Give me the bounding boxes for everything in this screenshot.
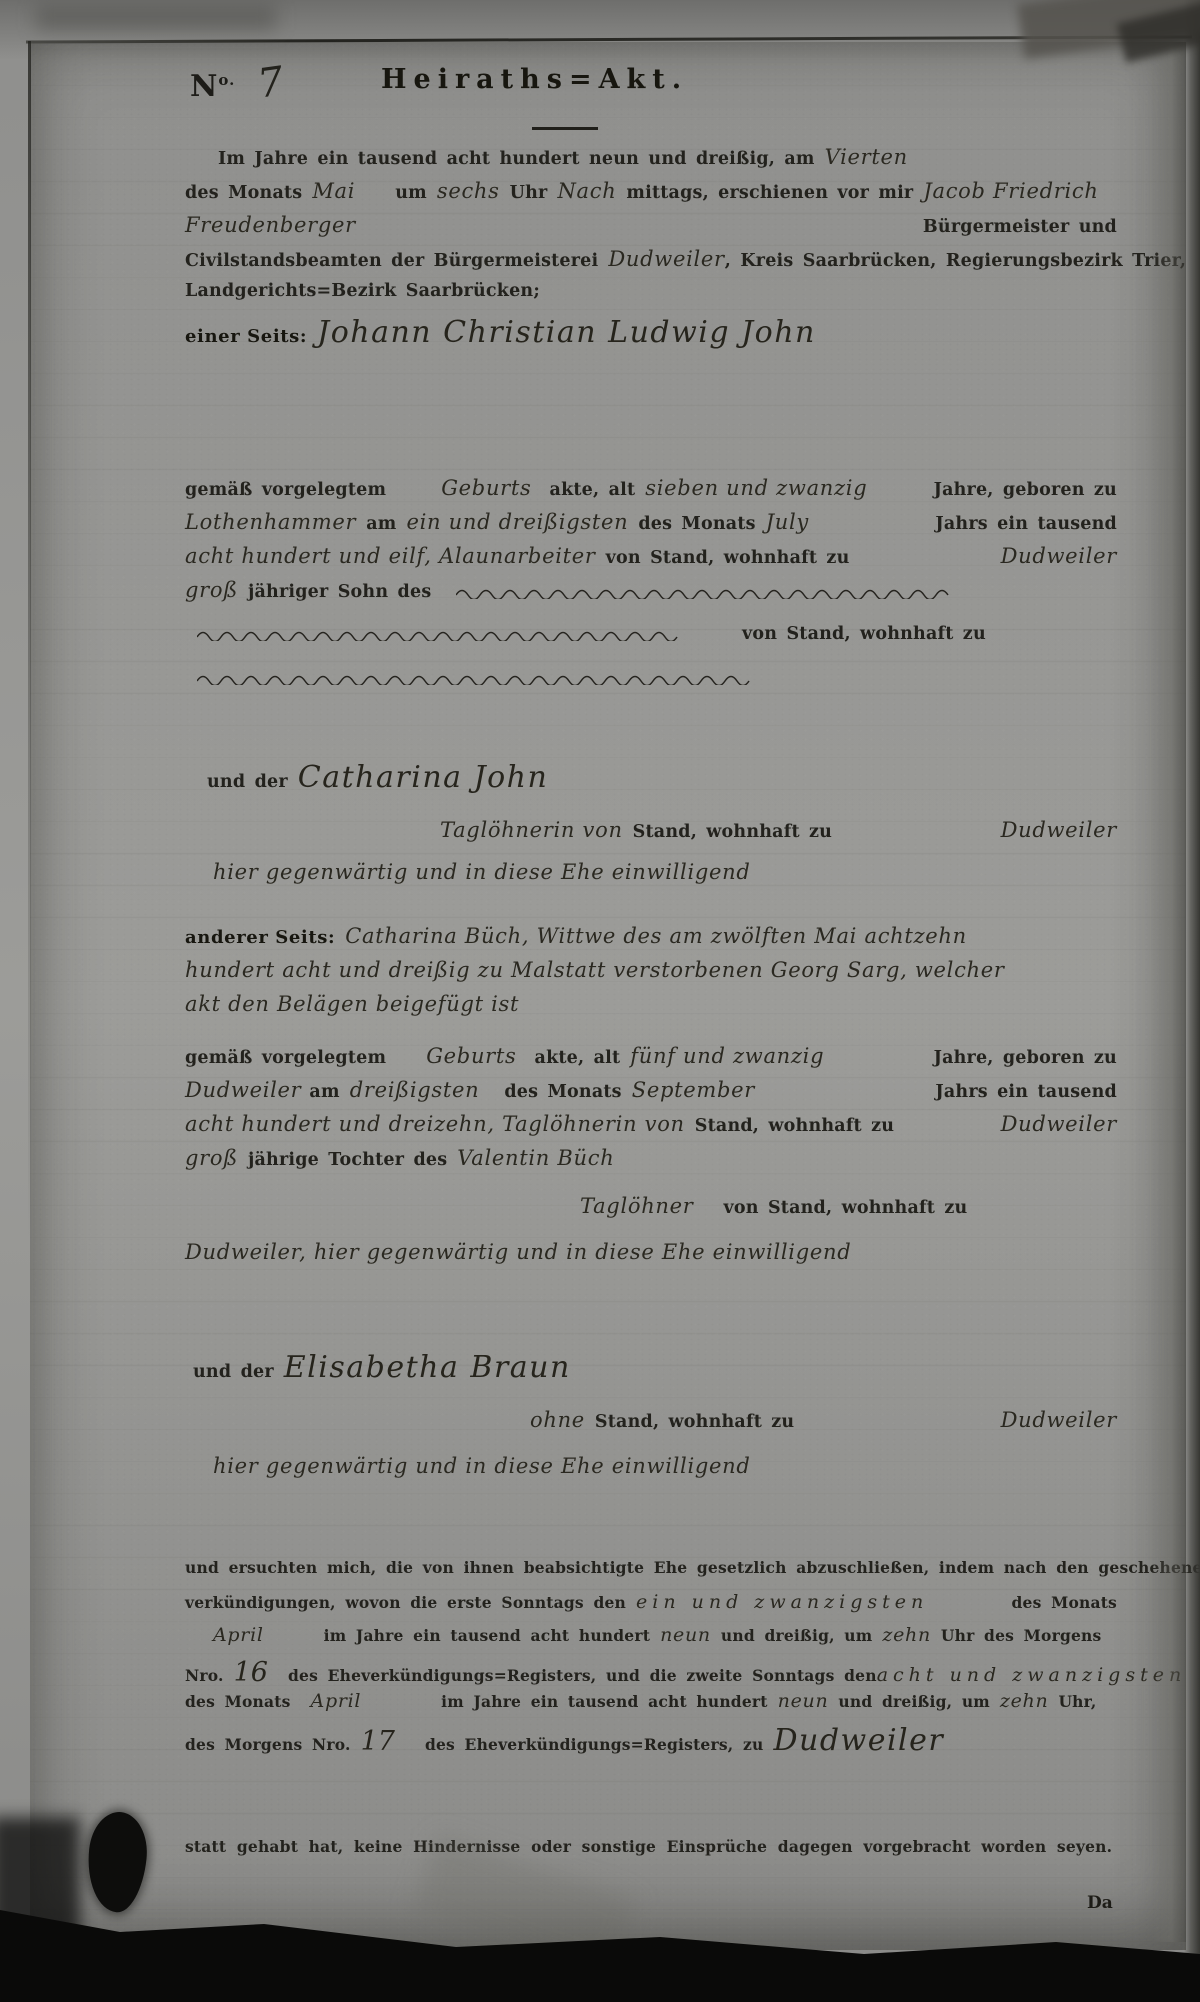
form-line: hier gegenwärtig und in diese Ehe einwil… <box>185 1454 1117 1488</box>
printed-text: Uhr <box>510 183 548 203</box>
printed-text: des Monats <box>185 183 302 203</box>
groom-details-section: gemäß vorgelegtemGeburtsakte, altsieben … <box>185 476 1117 702</box>
line-right: Jahrs ein tausend <box>935 514 1117 534</box>
other-party-section: anderer Seits:Catharina Büch, Wittwe des… <box>185 924 1117 1026</box>
form-line: Civilstandsbeamten der BürgermeistereiDu… <box>185 247 1117 281</box>
handwritten-text: hundert acht und dreißig zu Malstatt ver… <box>185 958 1005 982</box>
handwritten-text: acht hundert und dreizehn, Taglöhnerin v… <box>185 1112 685 1136</box>
crossed-out-squiggle <box>197 673 752 685</box>
printed-text: einer Seits: <box>185 326 307 347</box>
line-left <box>185 668 752 687</box>
printed-text: Im Jahre ein tausend acht hundert neun u… <box>218 149 815 169</box>
handwritten-text: Dudweiler <box>1001 1408 1117 1432</box>
line-left: großjähriger Sohn des <box>185 578 951 602</box>
line-right: acht und zwanzigsten <box>877 1664 1187 1686</box>
form-line: des MonatsAprilim Jahre ein tausend acht… <box>185 1690 1117 1723</box>
line-left: und derCatharina John <box>185 760 554 795</box>
bride-mother-john-section: und derCatharina JohnTaglöhnerin vonStan… <box>185 760 1117 894</box>
handwritten-text: akt den Belägen beigefügt ist <box>185 992 519 1016</box>
printed-text: Bürgermeister und <box>923 217 1117 237</box>
printed-text: des Eheverkündigungs=Registers, zu <box>425 1735 764 1754</box>
line-left: Landgerichts=Bezirk Saarbrücken; <box>185 281 540 301</box>
printed-text: jähriger Sohn des <box>248 582 431 602</box>
printed-text: anderer Seits: <box>185 927 335 948</box>
handwritten-text: ein und zwanzigsten <box>636 1591 928 1613</box>
printed-text: akte, alt <box>535 1048 621 1068</box>
form-line: einer Seits:Johann Christian Ludwig John <box>185 315 1117 367</box>
handwritten-text: Dudweiler <box>1001 544 1117 568</box>
printed-text: Civilstandsbeamten der Bürgermeisterei <box>185 251 598 271</box>
crossed-out-squiggle <box>456 587 951 599</box>
handwritten-text: Taglöhner <box>580 1194 694 1218</box>
line-left: Lothenhammeramein und dreißigstendes Mon… <box>185 510 809 534</box>
form-line: gemäß vorgelegtemGeburtsakte, altsieben … <box>185 476 1117 510</box>
form-line: großjährige Tochter desValentin Büch <box>185 1146 1117 1180</box>
printed-text: Landgerichts=Bezirk Saarbrücken; <box>185 281 540 301</box>
handwritten-text: Taglöhnerin von <box>440 818 623 842</box>
handwritten-text: Catharina John <box>298 760 549 795</box>
line-left: akt den Belägen beigefügt ist <box>185 992 519 1016</box>
bride-mother-braun-section: und derElisabetha BraunohneStand, wohnha… <box>185 1350 1117 1488</box>
number-value-handwritten: 7 <box>255 58 287 107</box>
handwritten-text: hier gegenwärtig und in diese Ehe einwil… <box>213 1454 751 1478</box>
handwritten-text: dreißigsten <box>350 1078 480 1102</box>
line-left: großjährige Tochter desValentin Büch <box>185 1146 614 1170</box>
handwritten-text: Vierten <box>825 145 908 169</box>
handwritten-text: Geburts <box>426 1044 516 1068</box>
closing-statement: statt gehabt hat, keine Hindernisse oder… <box>185 1837 1112 1856</box>
line-left: gemäß vorgelegtemGeburtsakte, altfünf un… <box>185 1044 824 1068</box>
form-line: und derElisabetha Braun <box>185 1350 1117 1408</box>
form-line: acht hundert und eilf, Alaunarbeitervon … <box>185 544 1117 578</box>
handwritten-text: neun <box>778 1690 829 1712</box>
printed-text: im Jahre ein tausend acht hundert <box>441 1692 767 1711</box>
handwritten-text: Lothenhammer <box>185 510 356 534</box>
handwritten-text: Catharina Büch, Wittwe des am zwölften M… <box>345 924 967 948</box>
printed-text: Stand, wohnhaft zu <box>695 1116 894 1136</box>
form-line: gemäß vorgelegtemGeburtsakte, altfünf un… <box>185 1044 1117 1078</box>
page-edge-left <box>28 41 31 1241</box>
handwritten-text: Nach <box>557 179 616 203</box>
printed-text: und ersuchten mich, die von ihnen beabsi… <box>185 1558 1200 1577</box>
printed-text: Jahre, geboren zu <box>934 480 1117 500</box>
line-left: und ersuchten mich, die von ihnen beabsi… <box>185 1558 1200 1577</box>
handwritten-text: July <box>766 510 809 534</box>
form-line: Im Jahre ein tausend acht hundert neun u… <box>185 145 1117 179</box>
handwritten-text: Dudweiler <box>773 1723 944 1758</box>
handwritten-text: Jacob Friedrich <box>923 179 1098 203</box>
line-left: Freudenberger <box>185 213 356 237</box>
form-line: anderer Seits:Catharina Büch, Wittwe des… <box>185 924 1117 958</box>
line-left: des MonatsAprilim Jahre ein tausend acht… <box>185 1690 1096 1712</box>
line-left: Civilstandsbeamten der BürgermeistereiDu… <box>185 247 725 271</box>
printed-text: des Monats <box>638 514 755 534</box>
printed-text: verkündigungen, wovon die erste Sonntags… <box>185 1593 626 1612</box>
document-number: No. 7 <box>190 60 284 106</box>
printed-text: Nro. <box>185 1666 224 1685</box>
line-left: des Morgens Nro.17des Eheverkündigungs=R… <box>185 1723 950 1758</box>
form-line: Taglöhnerin vonStand, wohnhaft zuDudweil… <box>185 818 1117 852</box>
handwritten-text: 16 <box>234 1657 268 1688</box>
line-left: Nro.16des Eheverkündigungs=Registers, un… <box>185 1657 877 1688</box>
line-left: ohneStand, wohnhaft zu <box>530 1408 794 1432</box>
printed-text: des Monats <box>1011 1593 1117 1612</box>
printed-text: von Stand, wohnhaft zu <box>724 1198 968 1218</box>
form-line: und ersuchten mich, die von ihnen beabsi… <box>185 1558 1117 1591</box>
line-right: Dudweiler <box>1001 544 1117 568</box>
line-right: Bürgermeister und <box>923 217 1117 237</box>
line-left: einer Seits:Johann Christian Ludwig John <box>185 315 822 350</box>
handwritten-text: Valentin Büch <box>457 1146 614 1170</box>
line-right: , Kreis Saarbrücken, Regierungsbezirk Tr… <box>725 251 1186 271</box>
title-underline <box>532 127 598 130</box>
handwritten-text: Dudweiler <box>608 247 724 271</box>
printed-text: Jahrs ein tausend <box>935 1082 1117 1102</box>
line-left: Im Jahre ein tausend acht hundert neun u… <box>218 145 908 169</box>
handwritten-text: ohne <box>530 1408 585 1432</box>
intro-section: Im Jahre ein tausend acht hundert neun u… <box>185 145 1117 367</box>
printed-text: gemäß vorgelegtem <box>185 1048 386 1068</box>
handwritten-text: Elisabetha Braun <box>284 1350 571 1385</box>
line-left: acht hundert und dreizehn, Taglöhnerin v… <box>185 1112 894 1136</box>
printed-text: , Kreis Saarbrücken, Regierungsbezirk Tr… <box>725 251 1186 271</box>
form-line: FreudenbergerBürgermeister und <box>185 213 1117 247</box>
handwritten-text: fünf und zwanzig <box>630 1044 824 1068</box>
photo-edge-right <box>1184 0 1200 2002</box>
printed-text: mittags, erschienen vor mir <box>626 183 913 203</box>
printed-text: Jahrs ein tausend <box>935 514 1117 534</box>
proclamation-section: und ersuchten mich, die von ihnen beabsi… <box>185 1558 1117 1756</box>
handwritten-text: neun <box>660 1624 711 1646</box>
line-left: Taglöhnerin vonStand, wohnhaft zu <box>440 818 832 842</box>
line-right: Dudweiler <box>1001 818 1117 842</box>
printed-text: des Eheverkündigungs=Registers, und die … <box>288 1666 877 1685</box>
document-body: No. 7 Heiraths=Akt. statt gehabt hat, ke… <box>185 0 1117 2002</box>
printed-text: Uhr, <box>1058 1692 1096 1711</box>
printed-text: akte, alt <box>550 480 636 500</box>
line-left: Aprilim Jahre ein tausend acht hundertne… <box>213 1624 1101 1646</box>
line-left: anderer Seits:Catharina Büch, Wittwe des… <box>185 924 967 948</box>
form-line: verkündigungen, wovon die erste Sonntags… <box>185 1591 1117 1624</box>
line-left: acht hundert und eilf, Alaunarbeitervon … <box>185 544 850 568</box>
handwritten-text: sieben und zwanzig <box>645 476 867 500</box>
printed-text: Uhr des Morgens <box>941 1626 1102 1645</box>
handwritten-text: zehn <box>1000 1690 1049 1712</box>
handwritten-text: acht hundert und eilf, Alaunarbeiter <box>185 544 596 568</box>
handwritten-text: Freudenberger <box>185 213 356 237</box>
line-right: des Monats <box>1011 1593 1117 1612</box>
handwritten-text: zehn <box>882 1624 931 1646</box>
handwritten-text: Dudweiler <box>1001 818 1117 842</box>
crossed-out-squiggle <box>197 629 687 641</box>
catchword: Da <box>1087 1893 1113 1913</box>
line-left: Dudweiler, hier gegenwärtig und in diese… <box>185 1240 851 1264</box>
form-line: des MonatsMaiumsechsUhrNachmittags, ersc… <box>185 179 1117 213</box>
form-line: Landgerichts=Bezirk Saarbrücken; <box>185 281 1117 315</box>
page-title: Heiraths=Akt. <box>381 64 688 95</box>
printed-text: am <box>309 1082 339 1102</box>
printed-text: von Stand, wohnhaft zu <box>606 548 850 568</box>
handwritten-text: Mai <box>312 179 355 203</box>
handwritten-text: 17 <box>361 1726 395 1757</box>
number-label: No. <box>190 69 235 104</box>
printed-text: um <box>395 183 427 203</box>
printed-text: jährige Tochter des <box>248 1150 447 1170</box>
handwritten-text: acht und zwanzigsten <box>877 1664 1187 1686</box>
printed-text: und dreißig, um <box>721 1626 873 1645</box>
form-line <box>185 668 1117 702</box>
handwritten-text: groß <box>185 578 238 602</box>
form-line: von Stand, wohnhaft zu <box>185 624 1117 658</box>
handwritten-text: April <box>213 1624 264 1646</box>
form-line: Dudweileramdreißigstendes MonatsSeptembe… <box>185 1078 1117 1112</box>
handwritten-text: September <box>632 1078 755 1102</box>
printed-text: des Monats <box>504 1082 621 1102</box>
line-left: hundert acht und dreißig zu Malstatt ver… <box>185 958 1005 982</box>
bride-details-section: gemäß vorgelegtemGeburtsakte, altfünf un… <box>185 1044 1117 1274</box>
printed-text: des Morgens Nro. <box>185 1735 351 1754</box>
line-left: Dudweileramdreißigstendes MonatsSeptembe… <box>185 1078 755 1102</box>
form-line: ohneStand, wohnhaft zuDudweiler <box>185 1408 1117 1442</box>
form-line: akt den Belägen beigefügt ist <box>185 992 1117 1026</box>
printed-text: gemäß vorgelegtem <box>185 480 386 500</box>
line-left: hier gegenwärtig und in diese Ehe einwil… <box>213 860 751 884</box>
handwritten-text: ein und dreißigsten <box>407 510 629 534</box>
printed-text: des Monats <box>185 1692 291 1711</box>
printed-text: am <box>366 514 396 534</box>
handwritten-text: groß <box>185 1146 238 1170</box>
handwritten-text: sechs <box>437 179 500 203</box>
handwritten-text: Geburts <box>441 476 531 500</box>
line-left: von Stand, wohnhaft zu <box>185 624 986 644</box>
form-line: Dudweiler, hier gegenwärtig und in diese… <box>185 1240 1117 1274</box>
form-line: Taglöhnervon Stand, wohnhaft zu <box>185 1194 1117 1228</box>
printed-text: Stand, wohnhaft zu <box>595 1412 794 1432</box>
line-left: Taglöhnervon Stand, wohnhaft zu <box>580 1194 967 1218</box>
line-right: Jahre, geboren zu <box>934 480 1117 500</box>
form-line: des Morgens Nro.17des Eheverkündigungs=R… <box>185 1723 1117 1756</box>
form-line: hier gegenwärtig und in diese Ehe einwil… <box>185 860 1117 894</box>
page-curl-shadow <box>1150 42 1186 1942</box>
handwritten-text: Dudweiler <box>185 1078 301 1102</box>
printed-text: von Stand, wohnhaft zu <box>742 624 986 644</box>
line-left: hier gegenwärtig und in diese Ehe einwil… <box>213 1454 751 1478</box>
line-right: Jahre, geboren zu <box>934 1048 1117 1068</box>
printed-text: und der <box>207 772 288 792</box>
line-left: des MonatsMaiumsechsUhrNachmittags, ersc… <box>185 179 1099 203</box>
printed-text: und der <box>193 1362 274 1382</box>
top-left-smudge <box>36 6 276 30</box>
handwritten-text: April <box>311 1690 362 1712</box>
printed-text: Jahre, geboren zu <box>934 1048 1117 1068</box>
form-line: Lothenhammeramein und dreißigstendes Mon… <box>185 510 1117 544</box>
printed-text: Stand, wohnhaft zu <box>633 822 832 842</box>
line-right: Jahrs ein tausend <box>935 1082 1117 1102</box>
printed-text: und dreißig, um <box>838 1692 990 1711</box>
line-right: Dudweiler <box>1001 1408 1117 1432</box>
form-line: Nro.16des Eheverkündigungs=Registers, un… <box>185 1657 1117 1690</box>
line-left: verkündigungen, wovon die erste Sonntags… <box>185 1591 928 1613</box>
line-right: Dudweiler <box>1001 1112 1117 1136</box>
printed-text: im Jahre ein tausend acht hundert <box>324 1626 650 1645</box>
form-line: Aprilim Jahre ein tausend acht hundertne… <box>185 1624 1117 1657</box>
handwritten-text: hier gegenwärtig und in diese Ehe einwil… <box>213 860 751 884</box>
form-line: und derCatharina John <box>185 760 1117 818</box>
handwritten-text: Johann Christian Ludwig John <box>317 315 816 350</box>
form-line: hundert acht und dreißig zu Malstatt ver… <box>185 958 1117 992</box>
handwritten-text: Dudweiler, hier gegenwärtig und in diese… <box>185 1240 851 1264</box>
line-left: und derElisabetha Braun <box>185 1350 577 1385</box>
form-line: großjähriger Sohn des <box>185 578 1117 612</box>
handwritten-text: Dudweiler <box>1001 1112 1117 1136</box>
form-line: acht hundert und dreizehn, Taglöhnerin v… <box>185 1112 1117 1146</box>
line-left: gemäß vorgelegtemGeburtsakte, altsieben … <box>185 476 867 500</box>
